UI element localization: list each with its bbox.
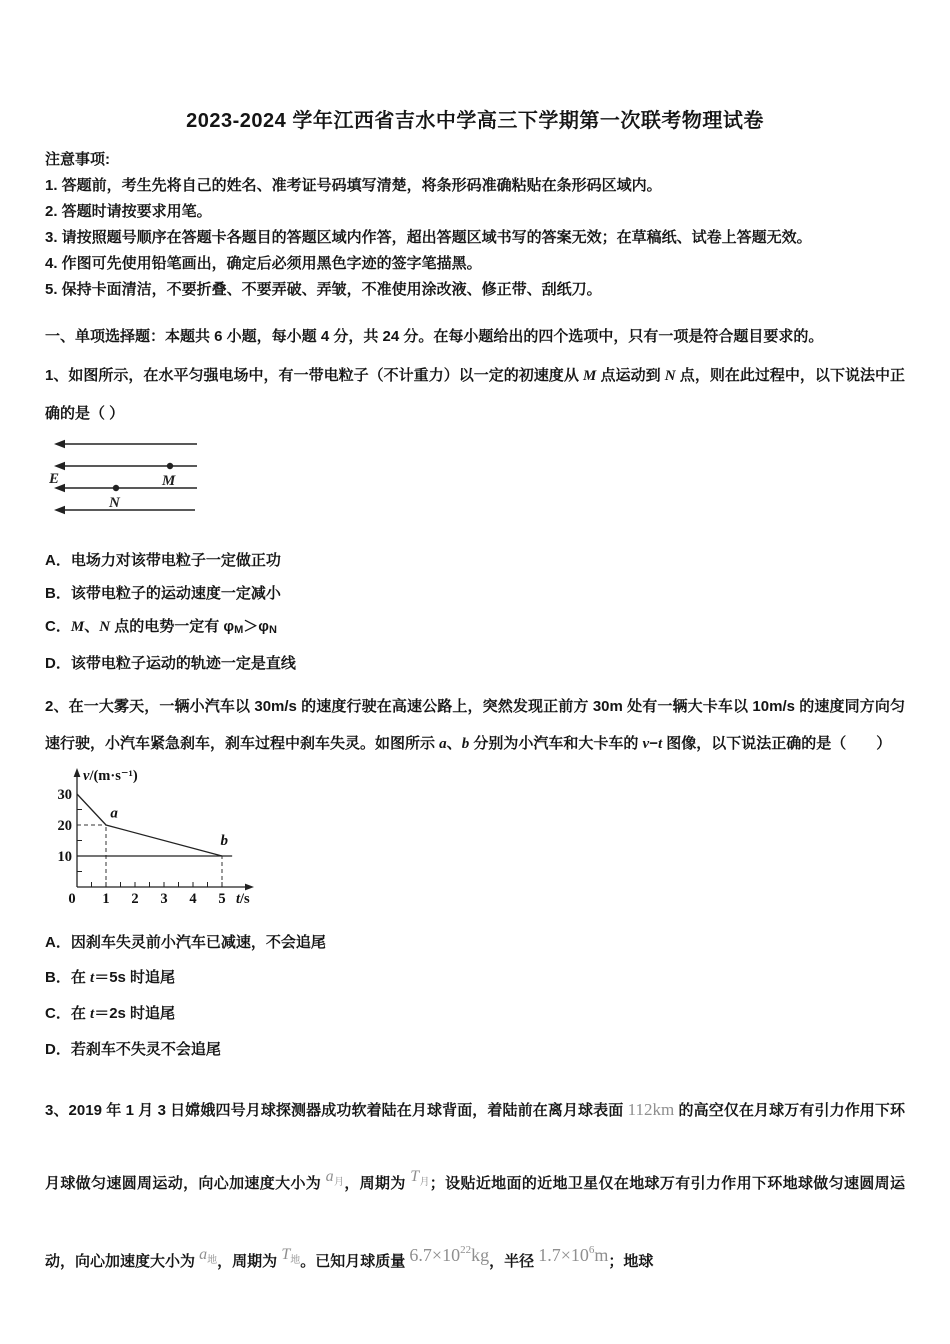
option-1C: C．M、N 点的电势一定有 φM＞φN bbox=[45, 610, 905, 647]
question-1-text: 1、如图所示，在水平匀强电场中，有一带电粒子（不计重力）以一定的初速度从 M 点… bbox=[45, 357, 905, 432]
question-2-text: 2、在一大雾天，一辆小汽车以 30m/s 的速度行驶在高速公路上，突然发现正前方… bbox=[45, 688, 905, 763]
arrow-left-icon bbox=[54, 506, 65, 514]
x-axis-label: t/s bbox=[236, 891, 250, 907]
x-tick-label: 2 bbox=[131, 891, 138, 907]
velocity-time-graph: ab012345102030v/(m·s⁻¹)t/s bbox=[49, 765, 905, 913]
notice-item: 5. 保持卡面清洁，不要折叠、不要弄破、弄皱，不准使用涂改液、修正带、刮纸刀。 bbox=[45, 277, 905, 303]
y-tick-label: 30 bbox=[58, 787, 73, 803]
notice-item: 4. 作图可先使用铅笔画出，确定后必须用黑色字迹的签字笔描黑。 bbox=[45, 251, 905, 277]
x-tick-label: 1 bbox=[102, 891, 109, 907]
y-tick-label: 10 bbox=[58, 849, 73, 865]
label-E: E bbox=[49, 471, 59, 487]
notice-section: 注意事项: 1. 答题前，考生先将自己的姓名、准考证号码填写清楚，将条形码准确粘… bbox=[45, 147, 905, 303]
option-2D: D．若刹车不失灵不会追尾 bbox=[45, 1032, 905, 1067]
section-1-heading: 一、单项选择题：本题共 6 小题，每小题 4 分，共 24 分。在每小题给出的四… bbox=[45, 325, 905, 349]
y-axis-arrow-icon bbox=[74, 768, 81, 777]
question-2-options: A．因刹车失灵前小汽车已减速，不会追尾 B．在 t＝5s 时追尾 C．在 t＝2… bbox=[45, 925, 905, 1067]
notice-item: 1. 答题前，考生先将自己的姓名、准考证号码填写清楚，将条形码准确粘贴在条形码区… bbox=[45, 173, 905, 199]
notice-item: 2. 答题时请按要求用笔。 bbox=[45, 199, 905, 225]
series-b-label: b bbox=[221, 833, 229, 849]
x-axis-arrow-icon bbox=[245, 884, 254, 891]
option-1D: D．该带电粒子运动的轨迹一定是直线 bbox=[45, 647, 905, 680]
question-3-text: 3、2019 年 1 月 3 日嫦娥四号月球探测器成功软着陆在月球背面，着陆前在… bbox=[45, 1077, 905, 1295]
option-1A: A．电场力对该带电粒子一定做正功 bbox=[45, 544, 905, 577]
option-2A: A．因刹车失灵前小汽车已减速，不会追尾 bbox=[45, 925, 905, 960]
velocity-time-graph-svg: ab012345102030v/(m·s⁻¹)t/s bbox=[49, 765, 289, 913]
arrow-left-icon bbox=[54, 440, 65, 448]
notice-item: 3. 请按照题号顺序在答题卡各题目的答题区域内作答，超出答题区域书写的答案无效；… bbox=[45, 225, 905, 251]
x-tick-label: 0 bbox=[68, 891, 75, 907]
option-2C: C．在 t＝2s 时追尾 bbox=[45, 996, 905, 1032]
field-lines bbox=[61, 444, 197, 510]
field-diagram: E M N bbox=[49, 434, 905, 526]
page-title: 2023-2024 学年江西省吉水中学高三下学期第一次联考物理试卷 bbox=[45, 0, 905, 133]
x-tick-label: 5 bbox=[218, 891, 225, 907]
field-diagram-svg: E M N bbox=[49, 434, 211, 526]
option-2B: B．在 t＝5s 时追尾 bbox=[45, 960, 905, 996]
y-axis-label: v/(m·s⁻¹) bbox=[83, 768, 138, 784]
x-tick-label: 3 bbox=[160, 891, 167, 907]
x-tick-label: 4 bbox=[189, 891, 196, 907]
arrow-left-icon bbox=[54, 462, 65, 470]
series-a-label: a bbox=[110, 805, 118, 821]
option-1B: B．该带电粒子的运动速度一定减小 bbox=[45, 577, 905, 610]
y-tick-label: 20 bbox=[58, 818, 73, 834]
point-N-dot bbox=[113, 485, 119, 491]
exam-page: 2023-2024 学年江西省吉水中学高三下学期第一次联考物理试卷 注意事项: … bbox=[0, 0, 950, 1295]
question-1-options: A．电场力对该带电粒子一定做正功 B．该带电粒子的运动速度一定减小 C．M、N … bbox=[45, 544, 905, 680]
notice-heading: 注意事项: bbox=[45, 147, 905, 173]
point-M-dot bbox=[167, 463, 173, 469]
label-M: M bbox=[161, 473, 176, 489]
label-N: N bbox=[108, 495, 121, 511]
